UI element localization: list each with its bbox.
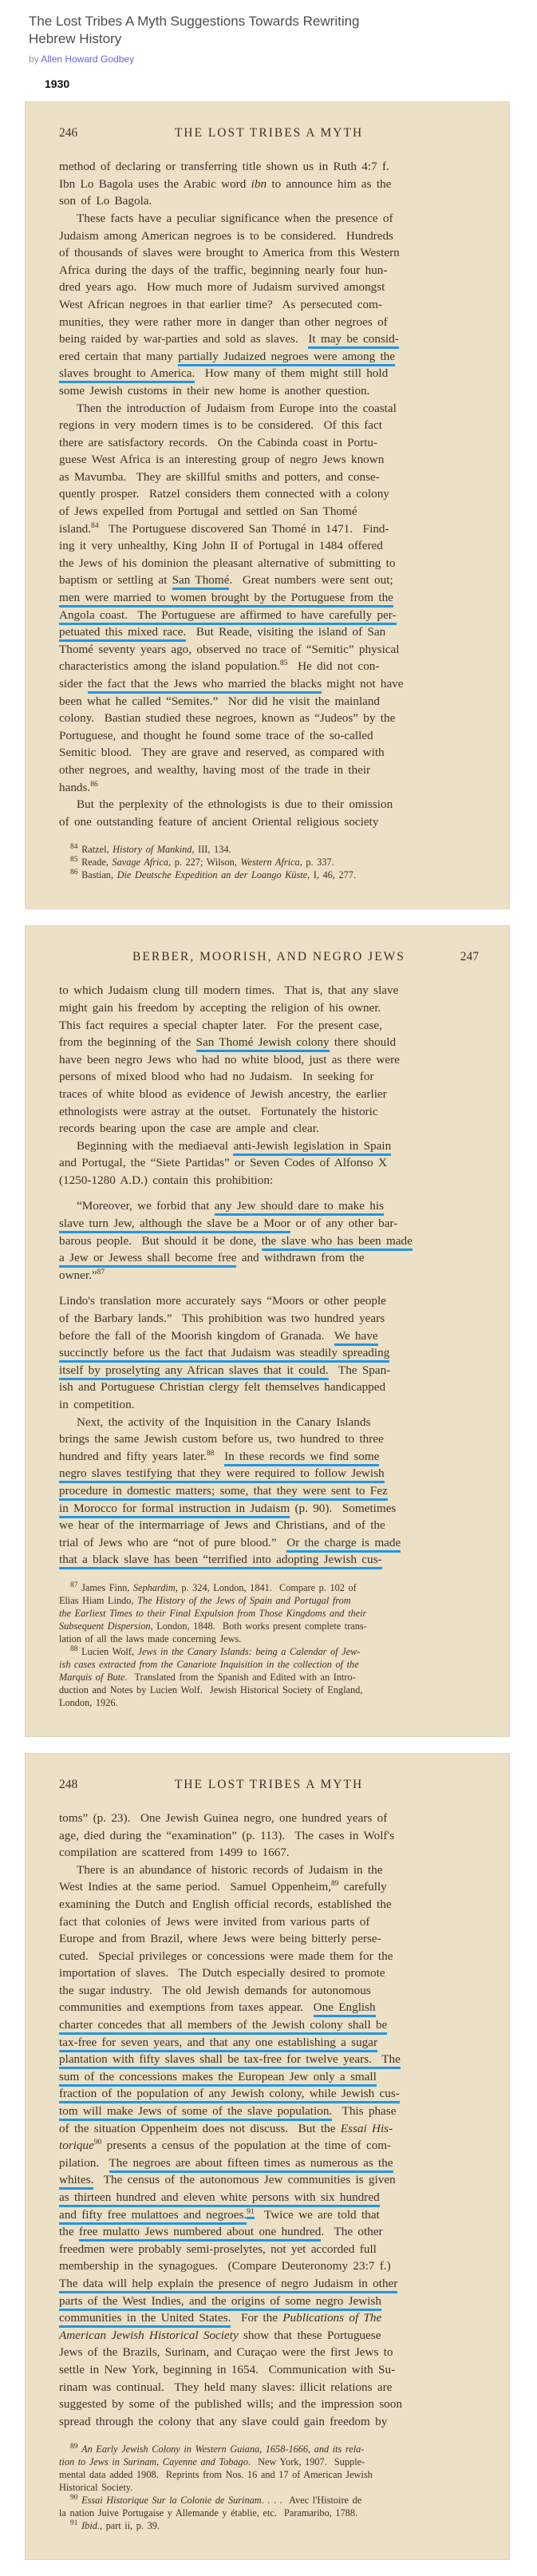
text-segment: the Earliest Times to their Final Expuls… — [59, 1608, 366, 1619]
text-segment: suggested by some of the published wills… — [59, 2397, 402, 2411]
text-line: “Moreover, we forbid that any Jew should… — [59, 1197, 479, 1215]
footnote-line: the Earliest Times to their Final Expuls… — [59, 1607, 479, 1620]
annotated-text: any Jew should dare to make his — [215, 1199, 384, 1216]
text-segment: of Jews expelled from Portugal and settl… — [59, 505, 357, 518]
book-pages: 246THE LOST TRIBES A MYTHmethod of decla… — [0, 101, 537, 2560]
footnote-line: Historical Society. — [59, 2481, 479, 2494]
text-segment: History of Mankind — [113, 844, 192, 855]
text-segment: 89 — [70, 2443, 78, 2451]
annotated-text: succinctly before us the fact that Judai… — [59, 1346, 389, 1363]
footnote-line: ish cases extracted from the Canariote I… — [59, 1658, 479, 1671]
text-line: of the Barbary lands.” This prohibition … — [59, 1310, 479, 1328]
text-line: fraction of the population of any Jewish… — [59, 2085, 479, 2103]
text-segment: toms” (p. 23). One Jewish Guinea negro, … — [59, 1811, 387, 1825]
footnote-line: la nation Juive Portugaise y Allemande y… — [59, 2507, 479, 2519]
text-segment: Essai Historique Sur la Colonie de Surin… — [81, 2495, 262, 2506]
text-line: freedmen were probably semi-proselytes, … — [59, 2241, 479, 2258]
text-segment: some Jewish customs in their new home is… — [59, 384, 369, 398]
text-segment: , p. 227; Wilson, — [168, 857, 240, 868]
text-segment: Savage Africa — [112, 857, 168, 868]
text-segment: hands. — [59, 781, 90, 794]
text-segment: , I, 46, 277. — [307, 869, 356, 880]
text-segment: 88 — [70, 1645, 78, 1653]
annotated-text: slaves brought to America. — [59, 366, 195, 383]
text-line: other negroes, and wealthy, having most … — [59, 762, 479, 779]
text-line: Semitic blood. They are grave and reserv… — [59, 744, 479, 762]
text-segment: James Finn, — [78, 1582, 133, 1593]
text-segment: Lucien Wolf, — [78, 1646, 138, 1657]
text-segment: ing it very unhealthy, King John II of P… — [59, 539, 383, 552]
text-line: West Indies at the same period. Samuel O… — [59, 1878, 479, 1896]
text-segment: before the fall of the Moorish kingdom o… — [59, 1329, 334, 1343]
text-segment: barous people. But should it be done, — [59, 1234, 262, 1248]
text-line: Beginning with the mediaeval anti-Jewish… — [59, 1138, 479, 1155]
text-line: regions in very modern times is to be co… — [59, 417, 479, 434]
footnote-line: 85 Reade, Savage Africa, p. 227; Wilson,… — [59, 856, 479, 869]
text-line: Europe and from Brazil, where Jews were … — [59, 1930, 479, 1948]
annotated-text: petuated this mixed race. — [59, 625, 186, 642]
text-line: Ibn Lo Bagola uses the Arabic word ibn t… — [59, 176, 479, 193]
text-segment: of the Barbary lands.” This prohibition … — [59, 1312, 385, 1325]
text-segment: Western Africa — [240, 857, 299, 868]
text-line: records bearing upon the case are ample … — [59, 1120, 479, 1138]
footnote-line: Marquis of Bute. Translated from the Spa… — [59, 1671, 479, 1684]
footnote-line: lation of all the laws made concerning J… — [59, 1632, 479, 1645]
text-segment: to announce him as the — [267, 177, 391, 191]
text-segment: 86 — [70, 869, 78, 876]
text-segment: and Portugal, the “Siete Partidas” or Se… — [59, 1156, 387, 1169]
page-running-header: 246THE LOST TRIBES A MYTH — [59, 126, 479, 140]
text-line: the free mulatto Jews numbered about one… — [59, 2223, 479, 2241]
by-label: by — [29, 53, 39, 65]
text-line: to which Judaism clung till modern times… — [59, 982, 479, 999]
text-segment: “Moreover, we forbid that — [77, 1199, 215, 1213]
text-segment: How many of them might still hold — [195, 366, 388, 380]
page-scan-248: 248THE LOST TRIBES A MYTHtoms” (p. 23). … — [25, 1753, 510, 2560]
text-segment: might not have — [322, 677, 403, 690]
text-line: cuted. Special privileges or concessions… — [59, 1948, 479, 1965]
text-segment: , part ii, p. 39. — [100, 2520, 160, 2531]
annotated-text: the slave who has been made — [262, 1234, 413, 1251]
text-line: parts of the West Indies, and the origin… — [59, 2293, 479, 2310]
text-line: But the perplexity of the ethnologists i… — [59, 796, 479, 813]
annotated-text: sum of the concessions makes the Europea… — [59, 2070, 377, 2087]
annotated-text: communities in the United States. — [59, 2311, 231, 2328]
annotated-text: men were married to women brought by the… — [59, 591, 393, 607]
text-segment: brings the same Jewish custom before us,… — [59, 1432, 384, 1446]
text-line: Judaism among American negroes is to be … — [59, 228, 479, 245]
text-line: the sugar industry. The old Jewish deman… — [59, 1982, 479, 2000]
running-title: BERBER, MOORISH, AND NEGRO JEWS — [132, 950, 405, 964]
page-number: 248 — [59, 1778, 77, 1792]
text-line: been what he called “Semites.” Nor did h… — [59, 693, 479, 710]
text-segment: Twice we are told that — [255, 2208, 380, 2222]
annotated-text: 91 — [247, 2208, 255, 2219]
text-segment: to which Judaism clung till modern times… — [59, 983, 398, 997]
annotated-text: We have — [334, 1329, 378, 1346]
text-segment: son of Lo Bagola. — [59, 194, 152, 208]
annotated-text: negro slaves testifying that they were r… — [59, 1466, 385, 1483]
annotated-text: Or the charge is made — [286, 1536, 401, 1553]
text-segment: tion to Jews in Surinam, Cayenne and Tob… — [59, 2456, 248, 2467]
text-line: torique90 presents a census of the popul… — [59, 2137, 479, 2155]
annotated-text: The negroes are about fifteen times as n… — [109, 2156, 393, 2173]
text-line: before the fall of the Moorish kingdom o… — [59, 1328, 479, 1345]
text-segment: Ibid. — [81, 2520, 100, 2531]
text-segment: West African negroes in that earlier tim… — [59, 298, 382, 311]
text-segment: have been negro Jews who had no white bl… — [59, 1053, 400, 1066]
text-segment: Bastian, — [78, 869, 117, 880]
text-line: slave turn Jew, although the slave be a … — [59, 1215, 479, 1233]
text-segment: quently prosper. Ratzel considers them c… — [59, 487, 389, 501]
text-segment: munities, they were rather more in dange… — [59, 315, 388, 329]
text-segment: But Reade, visiting the island of San — [186, 625, 385, 639]
text-segment: Semitic blood. They are grave and reserv… — [59, 746, 385, 759]
text-segment: Sephardim — [133, 1582, 176, 1593]
text-line: suggested by some of the published wills… — [59, 2396, 479, 2413]
text-segment: might gain his freedom by accepting the … — [59, 1001, 381, 1015]
annotated-text: The data will help explain the presence … — [59, 2277, 397, 2293]
annotated-text: as thirteen hundred and eleven white per… — [59, 2190, 380, 2207]
text-segment: 90 — [70, 2494, 78, 2502]
footnote-line: Subsequent Dispersion, London, 1848. Bot… — [59, 1620, 479, 1632]
text-segment: ish cases extracted from the Canariote I… — [59, 1659, 359, 1670]
text-line: island.84 The Portuguese discovered San … — [59, 520, 479, 538]
text-segment: records bearing upon the case are ample … — [59, 1122, 319, 1135]
text-segment: spread through the colony that any slave… — [59, 2415, 387, 2428]
text-line: membership in the synagogues. (Compare D… — [59, 2257, 479, 2275]
text-line: whites. The census of the autonomous Jew… — [59, 2171, 479, 2189]
text-segment: Beginning with the mediaeval — [77, 1139, 233, 1153]
text-line: settle in New York, beginning in 1654. C… — [59, 2361, 479, 2379]
text-segment: other negroes, and wealthy, having most … — [59, 763, 370, 777]
annotated-text: charter concedes that all members of the… — [59, 2018, 387, 2035]
text-line: There is an abundance of historic record… — [59, 1862, 479, 1879]
text-segment: 87 — [97, 1268, 105, 1276]
annotated-text: that a black slave has been “terrified i… — [59, 1553, 382, 1569]
text-segment: guese West Africa is an interesting grou… — [59, 453, 384, 466]
text-line: owner.”87 — [59, 1267, 479, 1284]
annotated-text: Angola coast. The Portuguese are affirme… — [59, 608, 397, 625]
text-segment: carefully — [339, 1880, 387, 1893]
annotated-text: One English — [314, 2000, 376, 2017]
annotated-text: slave turn Jew, although the slave be a … — [59, 1217, 290, 1233]
text-line: Then the introduction of Judaism from Eu… — [59, 400, 479, 417]
text-line: Next, the activity of the Inquisition in… — [59, 1414, 479, 1431]
footnote-line: 90 Essai Historique Sur la Colonie de Su… — [59, 2494, 479, 2507]
footnote-line: London, 1926. — [59, 1696, 479, 1709]
text-line: procedure in domestic matters; some, tha… — [59, 1482, 479, 1500]
text-line: rinam was continual. They held many slav… — [59, 2379, 479, 2396]
text-segment: Jews in the Canary Islands: being a Cale… — [138, 1646, 361, 1657]
text-segment: Next, the activity of the Inquisition in… — [77, 1415, 370, 1429]
text-segment: importation of slaves. The Dutch especia… — [59, 1966, 385, 1980]
text-segment: sider — [59, 677, 88, 690]
text-segment: method of declaring or transferring titl… — [59, 160, 389, 173]
text-line: dred years ago. How much more of Judaism… — [59, 279, 479, 296]
text-segment: . New York, 1907. Supple- — [248, 2456, 365, 2467]
text-segment: Thomé seventy years ago, observed no tra… — [59, 643, 400, 656]
annotated-text: a Jew or Jewess shall become free — [59, 1251, 236, 1268]
document-header: The Lost Tribes A Myth Suggestions Towar… — [0, 0, 537, 90]
text-line: colony. Bastian studied these negroes, k… — [59, 710, 479, 727]
text-line: plantation with fifty slaves shall be ta… — [59, 2051, 479, 2068]
text-line: hundred and fifty years later.88 In thes… — [59, 1448, 479, 1466]
annotated-text: and fifty free mulattoes and negroes. — [59, 2208, 247, 2225]
text-segment: traces of white blood as evidence of Jew… — [59, 1087, 387, 1101]
text-line: itself by proselyting any African slaves… — [59, 1362, 479, 1379]
text-line: negro slaves testifying that they were r… — [59, 1465, 479, 1482]
text-segment: . The other — [321, 2225, 382, 2238]
text-line: hands.86 — [59, 779, 479, 797]
text-line: some Jewish customs in their new home is… — [59, 382, 479, 400]
text-segment: settle in New York, beginning in 1654. C… — [59, 2363, 395, 2376]
text-line: baptism or settling at San Thomé. Great … — [59, 572, 479, 589]
footnote-line: tion to Jews in Surinam, Cayenne and Tob… — [59, 2455, 479, 2468]
text-line: guese West Africa is an interesting grou… — [59, 451, 479, 469]
running-title: THE LOST TRIBES A MYTH — [175, 1778, 363, 1791]
text-line: Jews of the Brazils, Surinam, and Curaça… — [59, 2344, 479, 2361]
annotated-text: San Thomé — [172, 573, 230, 590]
text-line: Africa during the days of the traffic, b… — [59, 262, 479, 279]
text-line: Angola coast. The Portuguese are affirme… — [59, 607, 479, 624]
text-segment: Die Deutsche Expedition an der Loango Kü… — [117, 869, 308, 880]
text-segment: characteristics among the island populat… — [59, 659, 280, 673]
text-segment: island. — [59, 522, 91, 536]
text-segment: being raided by war-parties and sold as … — [59, 332, 308, 346]
text-segment: Historical Society. — [59, 2482, 132, 2493]
text-segment: London, 1926. — [59, 1697, 118, 1708]
text-segment: Then the introduction of Judaism from Eu… — [77, 402, 397, 415]
page-running-header: 247BERBER, MOORISH, AND NEGRO JEWS — [59, 950, 479, 964]
text-line: ing it very unhealthy, King John II of P… — [59, 537, 479, 555]
text-line: These facts have a peculiar significance… — [59, 210, 479, 228]
text-segment: This phase — [332, 2104, 396, 2118]
text-line: importation of slaves. The Dutch especia… — [59, 1965, 479, 1982]
text-segment: or of any other bar- — [290, 1217, 397, 1230]
text-segment: (1250-1280 A.D.) contain this prohibitio… — [59, 1173, 273, 1187]
text-segment: , London, 1848. Both works present compl… — [151, 1620, 367, 1632]
text-line: succinctly before us the fact that Judai… — [59, 1344, 479, 1362]
page-scan-247: 247BERBER, MOORISH, AND NEGRO JEWSto whi… — [25, 925, 510, 1737]
text-segment: Africa during the days of the traffic, b… — [59, 263, 387, 277]
text-segment: 89 — [331, 1880, 339, 1888]
text-line: as Mavumba. They are skillful smiths and… — [59, 469, 479, 486]
text-line: Thomé seventy years ago, observed no tra… — [59, 641, 479, 659]
annotated-text: in Morocco for formal instruction in Jud… — [59, 1502, 290, 1518]
text-line: tax-free for seven years, and that any o… — [59, 2034, 479, 2052]
text-segment: The Span- — [329, 1363, 391, 1377]
text-line: there are satisfactory records. On the C… — [59, 434, 479, 452]
text-line: might gain his freedom by accepting the … — [59, 999, 479, 1017]
text-segment: lation of all the laws made concerning J… — [59, 1633, 241, 1644]
text-line: communities in the United States. For th… — [59, 2309, 479, 2327]
text-segment: , III, 134. — [192, 844, 231, 855]
text-segment: 91 — [70, 2519, 78, 2527]
footnote-line: 84 Ratzel, History of Mankind, III, 134. — [59, 843, 479, 856]
text-segment: Portuguese, and thought he found some tr… — [59, 729, 373, 742]
text-line: munities, they were rather more in dange… — [59, 314, 479, 331]
footnotes: 87 James Finn, Sephardim, p. 324, London… — [59, 1581, 479, 1709]
text-segment: The History of the Jews of Spain and Por… — [137, 1595, 351, 1606]
footnote-line: 86 Bastian, Die Deutsche Expedition an d… — [59, 869, 479, 881]
text-line: petuated this mixed race. But Reade, vis… — [59, 623, 479, 641]
text-segment: pilation. — [59, 2156, 109, 2170]
text-segment: there are satisfactory records. On the C… — [59, 436, 377, 449]
text-segment: 90 — [94, 2139, 102, 2147]
text-line: pilation. The negroes are about fifteen … — [59, 2155, 479, 2172]
annotated-text: partially Judaized negroes were among th… — [178, 350, 395, 366]
text-segment: from the beginning of the — [59, 1035, 196, 1049]
text-segment: mental data added 1908. Reprints from No… — [59, 2469, 373, 2480]
text-line: ered certain that many partially Judaize… — [59, 348, 479, 366]
text-line: that a black slave has been “terrified i… — [59, 1551, 479, 1569]
text-line: the Jews of his dominion the pleasant al… — [59, 555, 479, 572]
annotated-text: tax-free for seven years, and that any o… — [59, 2036, 377, 2052]
footnote-line: 87 James Finn, Sephardim, p. 324, London… — [59, 1581, 479, 1594]
publication-year: 1930 — [45, 77, 537, 90]
text-segment: . Translated from the Spanish and Edited… — [124, 1672, 355, 1683]
footnote-line: Elias Hiam Lindo, The History of the Jew… — [59, 1594, 479, 1607]
text-line: of one outstanding feature of ancient Or… — [59, 813, 479, 831]
text-line: characteristics among the island populat… — [59, 658, 479, 675]
text-line: brings the same Jewish custom before us,… — [59, 1430, 479, 1448]
text-segment: of one outstanding feature of ancient Or… — [59, 815, 378, 829]
text-segment: show that these Portuguese — [239, 2329, 381, 2342]
text-segment: The Portuguese discovered San Thomé in 1… — [99, 522, 389, 536]
text-segment: in competition. — [59, 1398, 134, 1411]
annotated-text: whites. — [59, 2173, 93, 2190]
text-line: barous people. But should it be done, th… — [59, 1233, 479, 1250]
text-segment: Jews of the Brazils, Surinam, and Curaça… — [59, 2345, 393, 2359]
text-line: have been negro Jews who had no white bl… — [59, 1051, 479, 1069]
text-segment: Ibn Lo Bagola uses the Arabic word — [59, 177, 251, 191]
text-segment: colony. Bastian studied these negroes, k… — [59, 711, 395, 725]
byline: by Allen Howard Godbey — [29, 53, 537, 65]
text-segment: as Mavumba. They are skillful smiths and… — [59, 470, 380, 484]
text-line: West African negroes in that earlier tim… — [59, 296, 479, 314]
text-segment: the — [59, 2225, 79, 2238]
text-line: in Morocco for formal instruction in Jud… — [59, 1500, 479, 1518]
text-segment: regions in very modern times is to be co… — [59, 418, 382, 432]
footnote-line: 89 An Early Jewish Colony in Western Gui… — [59, 2443, 479, 2455]
text-segment: fact that colonies of Jews were invited … — [59, 1915, 369, 1929]
text-segment: torique — [59, 2139, 94, 2152]
text-segment: , p. 324, London, 1841. Compare p. 102 o… — [176, 1582, 357, 1593]
text-segment: 84 — [70, 843, 78, 851]
text-line: toms” (p. 23). One Jewish Guinea negro, … — [59, 1810, 479, 1827]
text-line: spread through the colony that any slave… — [59, 2413, 479, 2431]
text-line: charter concedes that all members of the… — [59, 2016, 479, 2034]
annotated-text: plantation with fifty slaves shall be ta… — [59, 2052, 401, 2069]
text-line: ish and Portuguese Christian clergy felt… — [59, 1379, 479, 1396]
running-title: THE LOST TRIBES A MYTH — [175, 126, 363, 140]
text-segment: persons of mixed blood who had no Judais… — [59, 1070, 373, 1083]
text-segment: the sugar industry. The old Jewish deman… — [59, 1984, 371, 1997]
text-line: age, died during the “examination” (p. 1… — [59, 1827, 479, 1845]
footnotes: 84 Ratzel, History of Mankind, III, 134.… — [59, 843, 479, 881]
text-segment: dred years ago. How much more of Judaism… — [59, 280, 385, 294]
text-line: from the beginning of the San Thomé Jewi… — [59, 1034, 479, 1051]
author-link[interactable]: Allen Howard Godbey — [41, 53, 134, 65]
text-segment: Essai His- — [341, 2122, 393, 2135]
text-line: being raided by war-parties and sold as … — [59, 330, 479, 348]
text-segment: of thousands of slaves were brought to A… — [59, 246, 400, 259]
text-segment: Europe and from Brazil, where Jews were … — [59, 1932, 381, 1945]
annotated-text: anti-Jewish legislation in Spain — [233, 1139, 391, 1156]
text-segment: 86 — [90, 781, 98, 789]
text-line: son of Lo Bagola. — [59, 192, 479, 210]
text-line: slaves brought to America. How many of t… — [59, 365, 479, 382]
text-segment: la nation Juive Portugaise y Allemande y… — [59, 2507, 357, 2519]
text-segment: 87 — [70, 1581, 78, 1589]
text-segment: examining the Dutch and English official… — [59, 1897, 392, 1911]
text-segment: we hear of the intermarriage of Jews and… — [59, 1518, 385, 1532]
text-segment: ethnologists were astray at the outset. … — [59, 1105, 378, 1118]
text-line: and fifty free mulattoes and negroes.91 … — [59, 2206, 479, 2224]
text-segment: ish and Portuguese Christian clergy felt… — [59, 1380, 385, 1394]
text-segment: 88 — [207, 1450, 215, 1458]
annotated-text: free mulatto Jews numbered about one hun… — [79, 2225, 321, 2242]
text-segment: freedmen were probably semi-proselytes, … — [59, 2242, 377, 2256]
text-line: men were married to women brought by the… — [59, 589, 479, 607]
text-segment: rinam was continual. They held many slav… — [59, 2380, 392, 2394]
text-line: ethnologists were astray at the outset. … — [59, 1103, 479, 1121]
text-line: we hear of the intermarriage of Jews and… — [59, 1517, 479, 1534]
text-segment: There is an abundance of historic record… — [77, 1863, 382, 1877]
text-segment: 84 — [91, 522, 99, 530]
text-segment: For the — [231, 2311, 282, 2325]
text-segment: hundred and fifty years later. — [59, 1450, 207, 1463]
text-segment: Publications of The — [282, 2311, 381, 2325]
page-running-header: 248THE LOST TRIBES A MYTH — [59, 1778, 479, 1792]
text-line: quently prosper. Ratzel considers them c… — [59, 485, 479, 503]
text-segment: He did not con- — [287, 659, 379, 673]
text-segment: Marquis of Bute — [59, 1672, 124, 1683]
text-segment: , p. 337. — [300, 857, 334, 868]
footnote-line: duction and Notes by Lucien Wolf. Jewish… — [59, 1684, 479, 1696]
page-scan-246: 246THE LOST TRIBES A MYTHmethod of decla… — [25, 101, 510, 909]
text-line: communities and exemptions from taxes ap… — [59, 1999, 479, 2016]
text-segment: An Early Jewish Colony in Western Guiana… — [81, 2443, 364, 2455]
text-segment: baptism or settling at — [59, 573, 172, 587]
footnotes: 89 An Early Jewish Colony in Western Gui… — [59, 2443, 479, 2532]
text-segment: This fact requires a special chapter lat… — [59, 1019, 382, 1032]
text-line: sum of the concessions makes the Europea… — [59, 2068, 479, 2086]
annotated-text: tom will make Jews of some of the slave … — [59, 2104, 332, 2121]
annotated-text: It may be consid- — [308, 332, 398, 349]
text-segment: These facts have a peculiar significance… — [77, 212, 393, 225]
text-line: in competition. — [59, 1396, 479, 1414]
text-segment: of the situation Oppenheim does not disc… — [59, 2122, 341, 2135]
text-segment: age, died during the “examination” (p. 1… — [59, 1829, 394, 1842]
text-segment: (p. 90). Sometimes — [290, 1502, 396, 1515]
text-segment: . . . . Avec l'Histoire de — [262, 2495, 362, 2506]
text-segment: ibn — [251, 177, 267, 191]
text-line: traces of white blood as evidence of Jew… — [59, 1086, 479, 1103]
text-segment: Reade, — [78, 857, 113, 868]
text-line: tom will make Jews of some of the slave … — [59, 2103, 479, 2120]
text-line: (1250-1280 A.D.) contain this prohibitio… — [59, 1172, 479, 1189]
text-segment: ered certain that many — [59, 350, 178, 363]
annotated-text: San Thomé Jewish colony — [196, 1035, 330, 1052]
text-line: method of declaring or transferring titl… — [59, 158, 479, 176]
text-segment: owner.” — [59, 1268, 97, 1282]
text-line: examining the Dutch and English official… — [59, 1896, 479, 1913]
annotated-text: the fact that the Jews who married the b… — [88, 677, 322, 694]
text-segment: trial of Jews who are “not of pure blood… — [59, 1536, 286, 1549]
text-line: and Portugal, the “Siete Partidas” or Se… — [59, 1154, 479, 1172]
